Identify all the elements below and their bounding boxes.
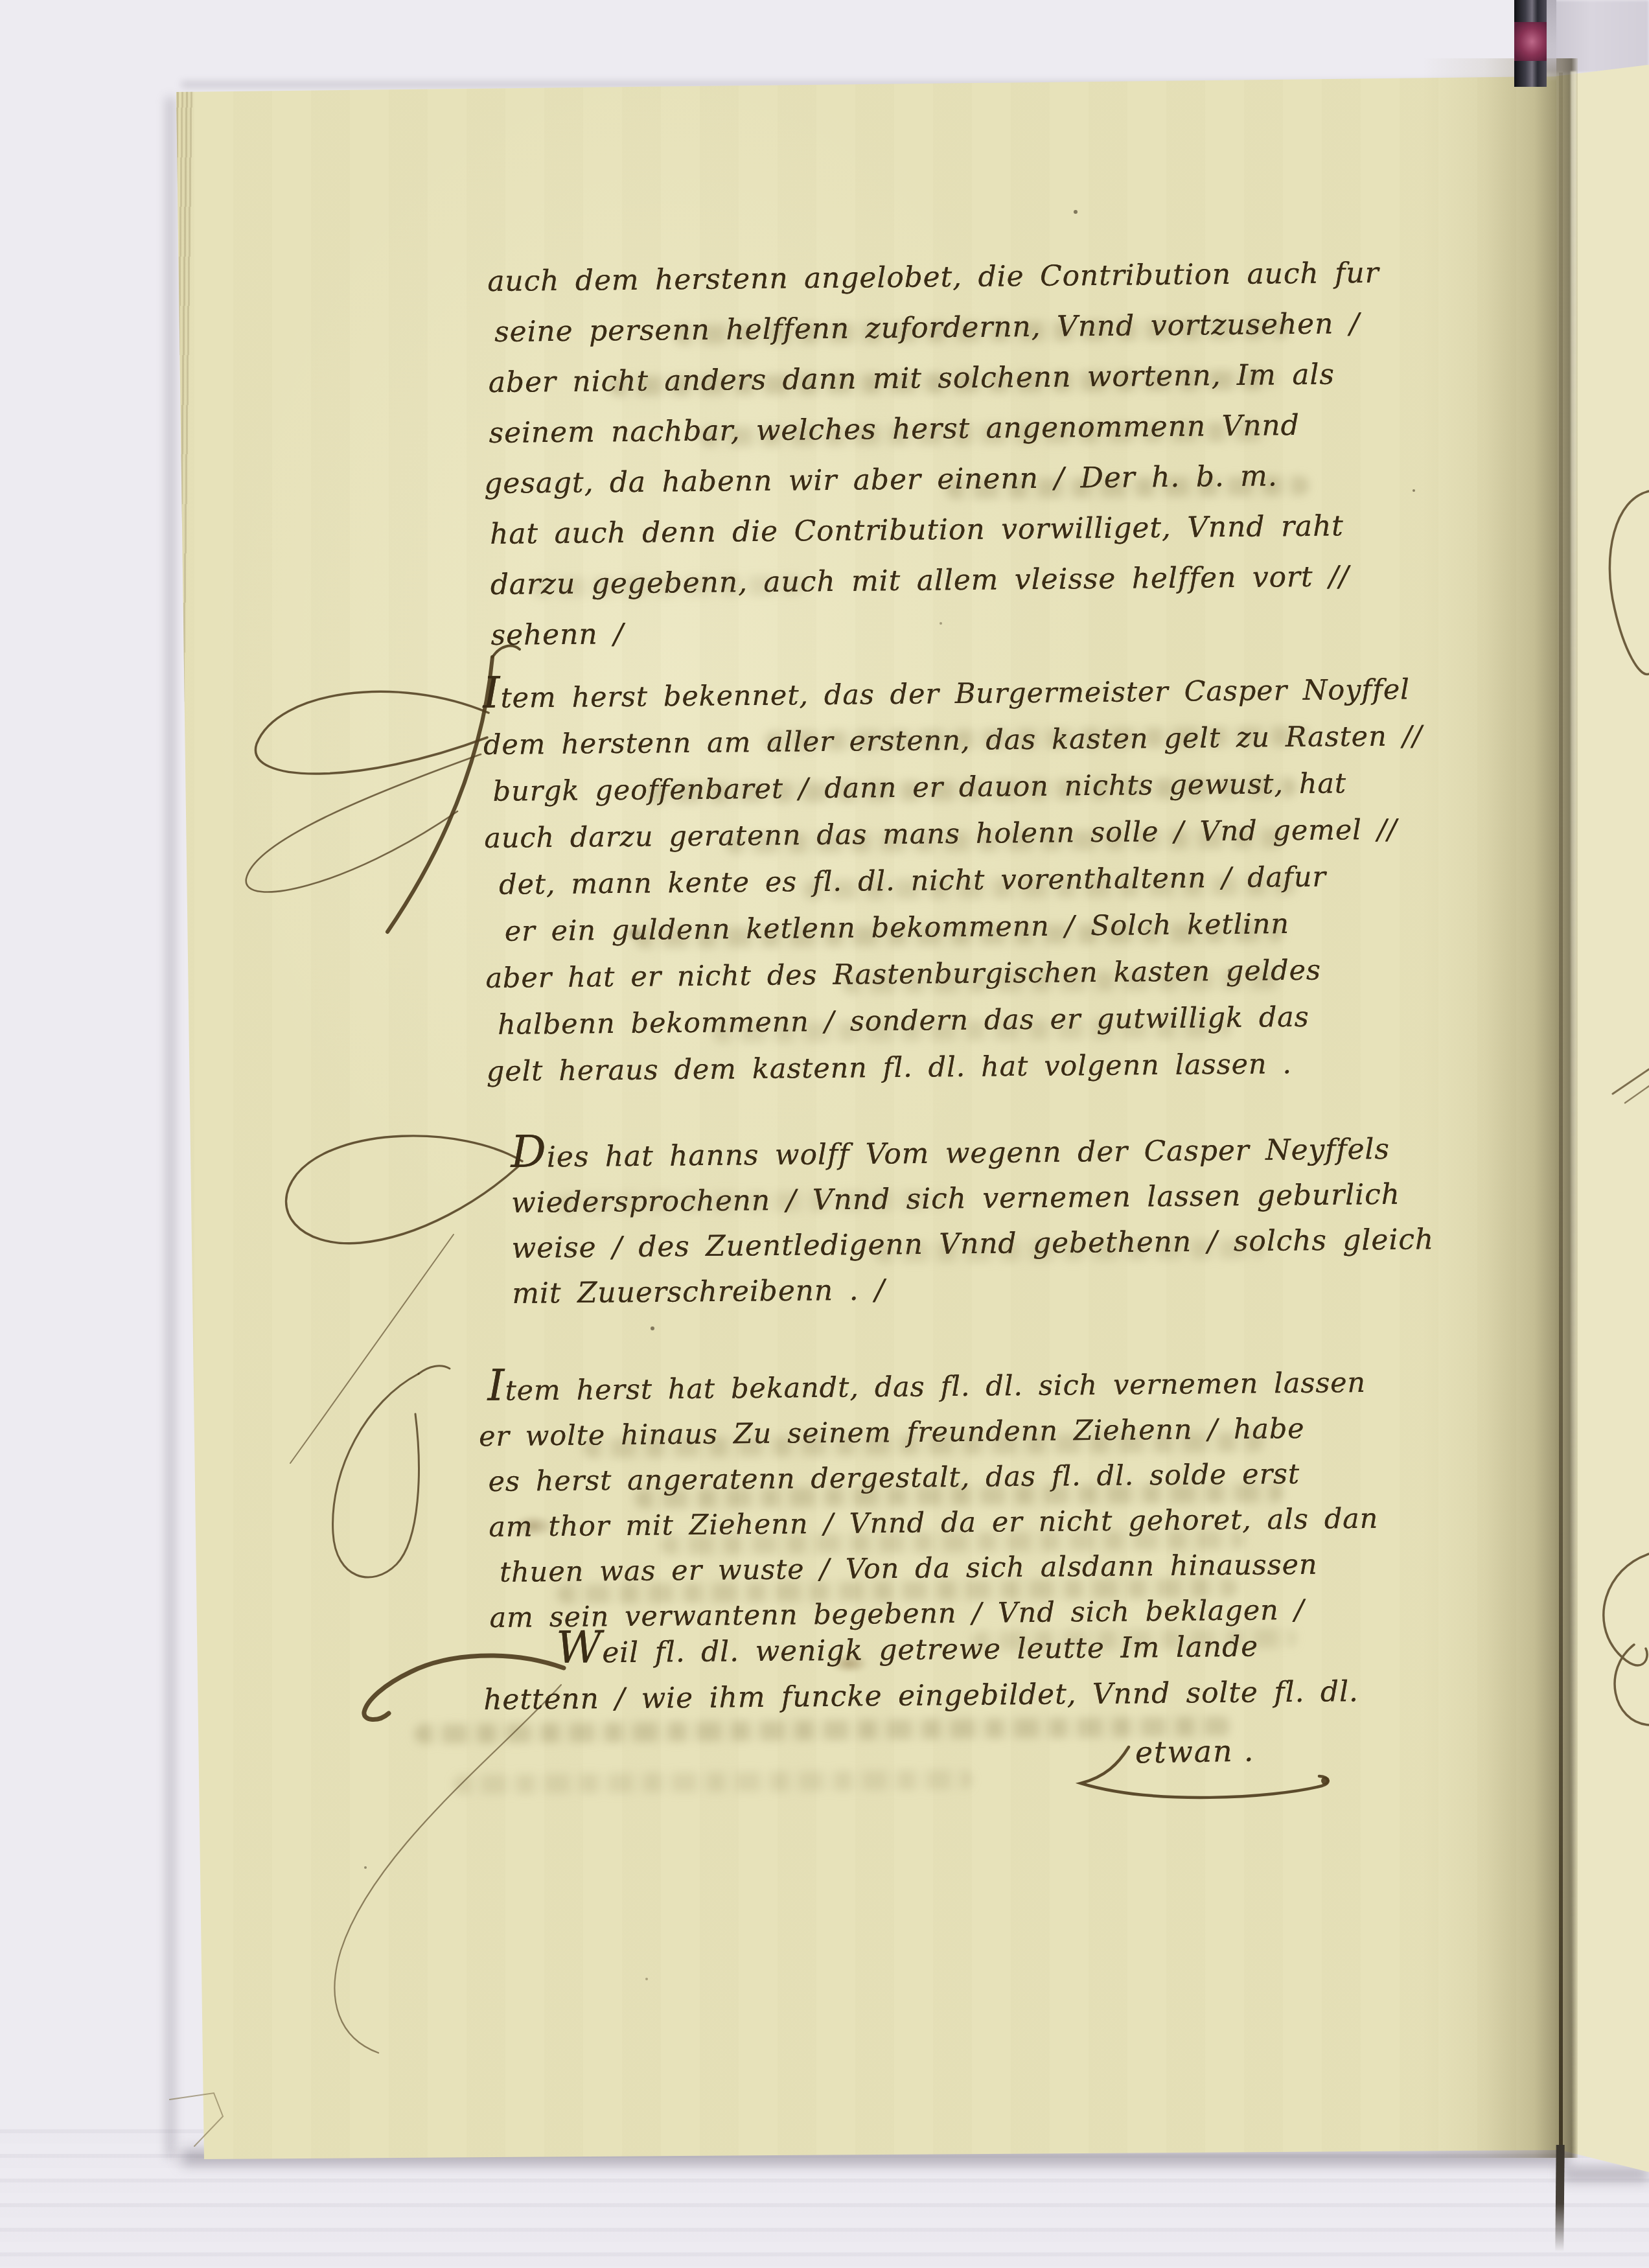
text-line: am thor mit Ziehenn / Vnnd da er nicht g… [489, 1496, 1379, 1550]
paragraph-1: auch dem herstenn angelobet, die Contrib… [487, 248, 1383, 661]
paper-specks [0, 0, 3, 3]
text-line: thuen was er wuste / Von da sich alsdann… [500, 1542, 1379, 1595]
text-line: er ein guldenn ketlenn bekommenn / Solch… [504, 899, 1424, 955]
text-line: halbenn bekommenn / sondern das er gutwi… [498, 993, 1425, 1048]
catchword: etwan . [1135, 1733, 1255, 1770]
headband-red [1514, 22, 1547, 61]
text-line: gelt heraus dem kastenn fl. dl. hat volg… [487, 1039, 1426, 1095]
paragraph-3: Dies hat hanns wolff Vom wegenn der Casp… [511, 1126, 1435, 1317]
text-line: auch darzu geratenn das mans holenn soll… [484, 806, 1424, 862]
binding-rod-edge [1555, 2145, 1564, 2252]
text-line: aber nicht anders dann mit solchenn wort… [488, 349, 1380, 408]
text-line: det, mann kente es fl. dl. nicht vorenth… [499, 853, 1424, 908]
text-line: seine persenn helffenn zufordernn, Vnnd … [494, 299, 1380, 358]
paragraph-2: Item herst bekennet, das der Burgermeist… [483, 666, 1425, 1095]
text-line: sehenn / [490, 602, 1383, 661]
text-line: seinem nachbar, welches herst angenommen… [489, 400, 1381, 459]
scan-canvas: auch dem herstenn angelobet, die Contrib… [0, 0, 1649, 2268]
text-line: Item herst hat bekandt, das fl. dl. sich… [487, 1360, 1378, 1414]
facing-page-bottom-shadow [1562, 2168, 1649, 2180]
text-line: auch dem herstenn angelobet, die Contrib… [487, 248, 1379, 307]
text-line: weise / des Zuentledigenn Vnnd gebethenn… [511, 1217, 1434, 1271]
text-line: dem herstenn am aller erstenn, das kaste… [483, 713, 1423, 769]
text-line: gesagt, da habenn wir aber einenn / Der … [484, 450, 1381, 509]
paragraph-4: Item herst hat bekandt, das fl. dl. sich… [487, 1360, 1379, 1641]
page-deckle-edge [136, 83, 194, 2166]
binding-clamp-reflection [1547, 0, 1556, 82]
text-line: burgk geoffenbaret / dann er dauon nicht… [492, 759, 1423, 815]
gutter-fold-shadow [1422, 58, 1578, 2158]
gutter-crease-line [1559, 73, 1563, 2153]
page-left-shadow [166, 97, 175, 2158]
binding-clamp [1514, 0, 1547, 87]
text-line: es herst angeratenn dergestalt, das fl. … [488, 1451, 1378, 1505]
text-line: darzu gegebenn, auch mit allem vleisse h… [490, 551, 1382, 610]
text-line: er wolte hinaus Zu seinem freundenn Zieh… [479, 1406, 1378, 1459]
gutter-fold-highlight [1571, 71, 1576, 2155]
text-line: mit Zuuerschreibenn . / [512, 1262, 1435, 1317]
text-line: Item herst bekennet, das der Burgermeist… [483, 666, 1422, 722]
text-line: hat auch denn die Contribution vorwillig… [490, 501, 1382, 560]
text-line: aber hat er nicht des Rastenburgischen k… [485, 946, 1425, 1002]
paragraph-5-line-1: Weil fl. dl. wenigk getrewe leutte Im la… [556, 1626, 1258, 1670]
